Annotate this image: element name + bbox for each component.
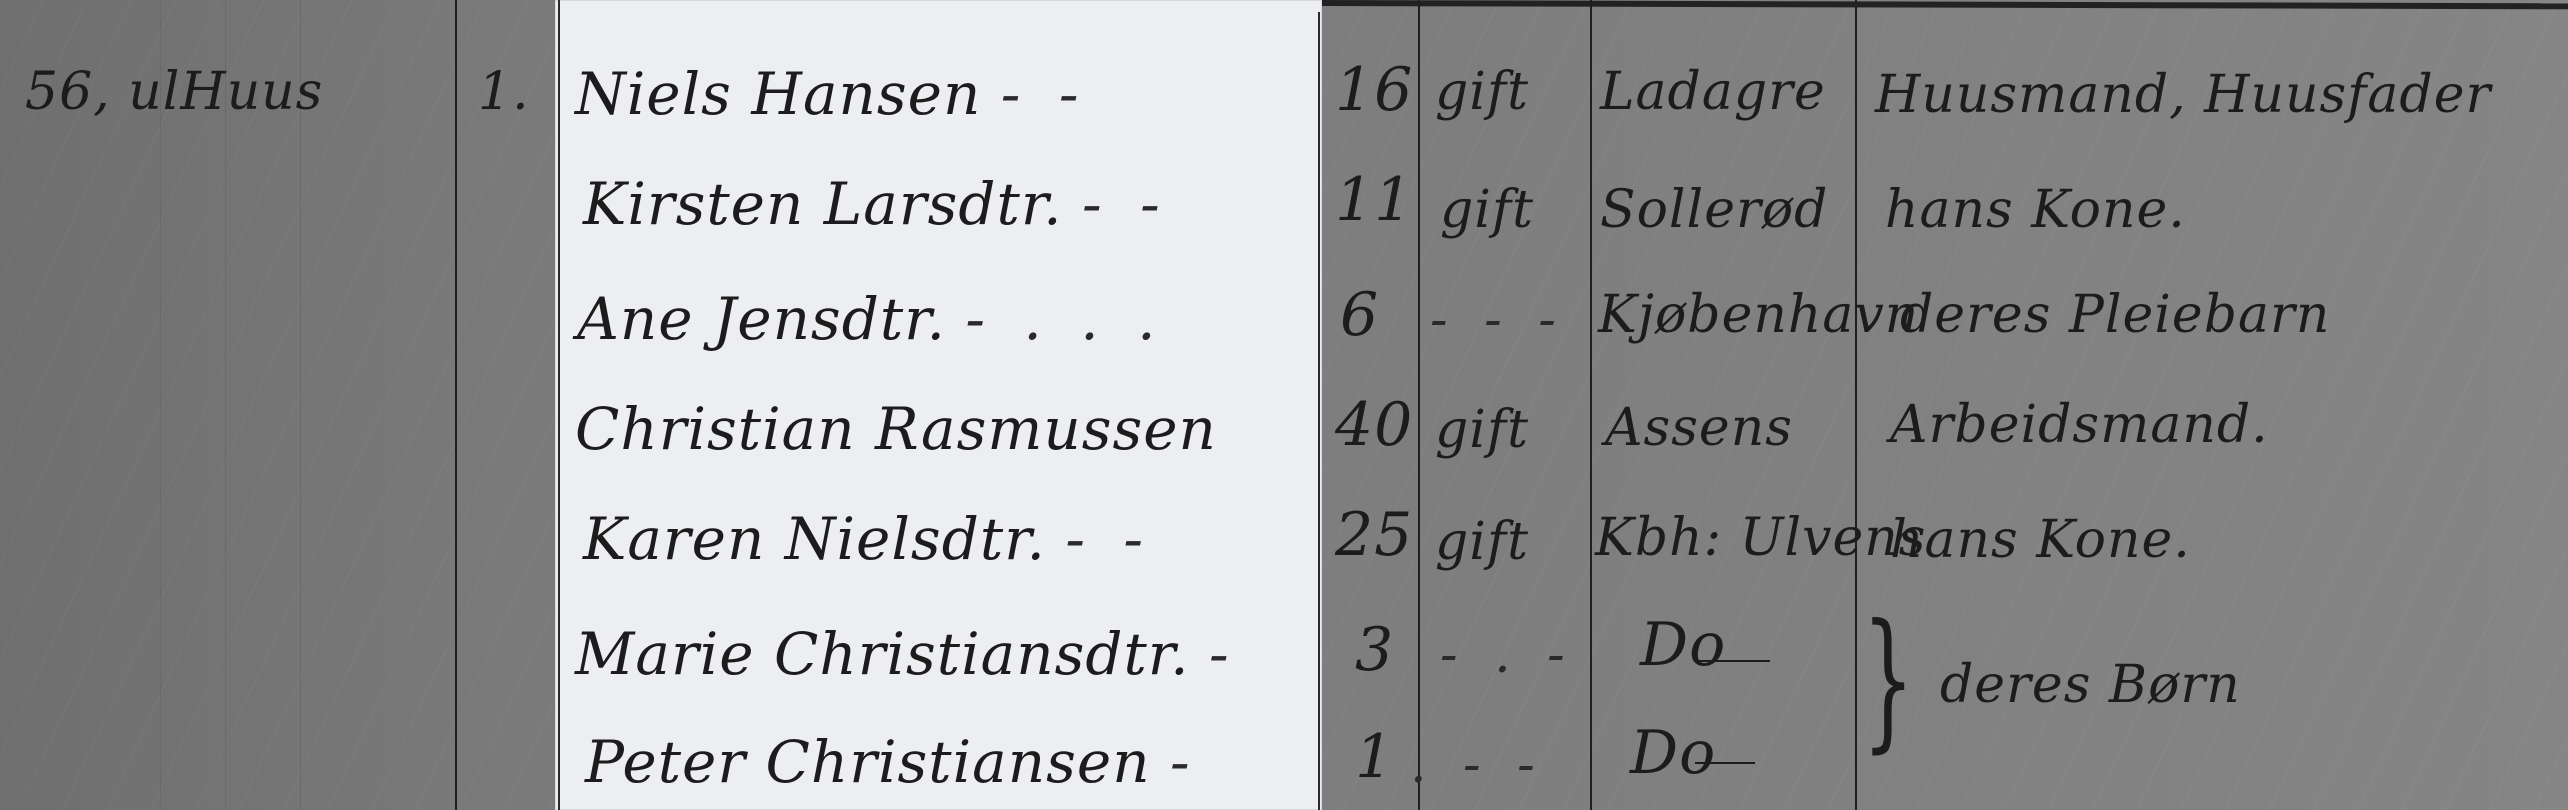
birthplace-cell: Sollerød (1600, 180, 1828, 240)
birthplace-cell: Kbh: Ulvens (1595, 508, 1926, 568)
age-cell: 1 (1355, 722, 1394, 792)
name-cell: Ane Jensdtr. - . . . (577, 285, 1166, 353)
position-cell: Arbeidsmand. (1890, 395, 2269, 455)
column-divider-name-right (1318, 12, 1320, 810)
position-cell: hans Kone. (1885, 180, 2186, 240)
age-cell: 6 (1340, 280, 1379, 350)
ditto-underline (1695, 762, 1755, 764)
status-cell: gift (1435, 400, 1529, 460)
birthplace-cell: Ladagre (1600, 62, 1826, 122)
header-rule (1322, 0, 2568, 9)
household-number: 1. (478, 62, 530, 122)
status-cell: gift (1440, 180, 1534, 240)
birthplace-cell: Assens (1605, 398, 1793, 458)
name-cell: Karen Nielsdtr. - - (583, 505, 1153, 573)
name-cell: Peter Christiansen - (585, 728, 1200, 796)
highlighted-name-column: Niels Hansen - - Kirsten Larsdtr. - - An… (555, 0, 1322, 810)
age-cell: 11 (1335, 165, 1413, 235)
grouping-brace: } (1862, 605, 1914, 755)
status-cell: gift (1435, 512, 1529, 572)
status-cell: . - - (1410, 735, 1545, 795)
name-cell: Niels Hansen - - (575, 60, 1088, 128)
birthplace-ditto: Do (1630, 718, 1716, 788)
name-cell: Kirsten Larsdtr. - - (583, 170, 1170, 238)
column-divider-status (1590, 0, 1592, 810)
scanned-register-page: 56, ulHuus 1. Niels Hansen - - Kirsten L… (0, 0, 2568, 810)
birthplace-cell: Kjøbenhavn (1598, 285, 1919, 345)
house-entry: 56, ulHuus (25, 62, 323, 122)
age-cell: 40 (1335, 390, 1413, 460)
status-cell: gift (1435, 62, 1529, 122)
status-cell: - . - (1440, 625, 1575, 685)
ditto-underline (1695, 660, 1770, 662)
position-cell: hans Kone. (1890, 510, 2191, 570)
column-divider-house (455, 0, 457, 810)
age-cell: 25 (1335, 500, 1413, 570)
column-divider-birthplace (1855, 0, 1857, 810)
column-divider-name-left (558, 0, 560, 810)
age-cell: 16 (1335, 55, 1413, 125)
status-cell: - - - (1430, 290, 1566, 350)
column-divider-age (1418, 0, 1420, 810)
name-cell: Marie Christiansdtr. - (575, 620, 1239, 688)
position-cell: deres Pleiebarn (1900, 285, 2330, 345)
grouped-position-note: deres Børn (1940, 655, 2241, 715)
position-cell: Huusmand, Huusfader (1875, 65, 2491, 125)
age-cell: 3 (1355, 615, 1394, 685)
birthplace-ditto: Do (1640, 610, 1726, 680)
name-cell: Christian Rasmussen (575, 395, 1217, 463)
